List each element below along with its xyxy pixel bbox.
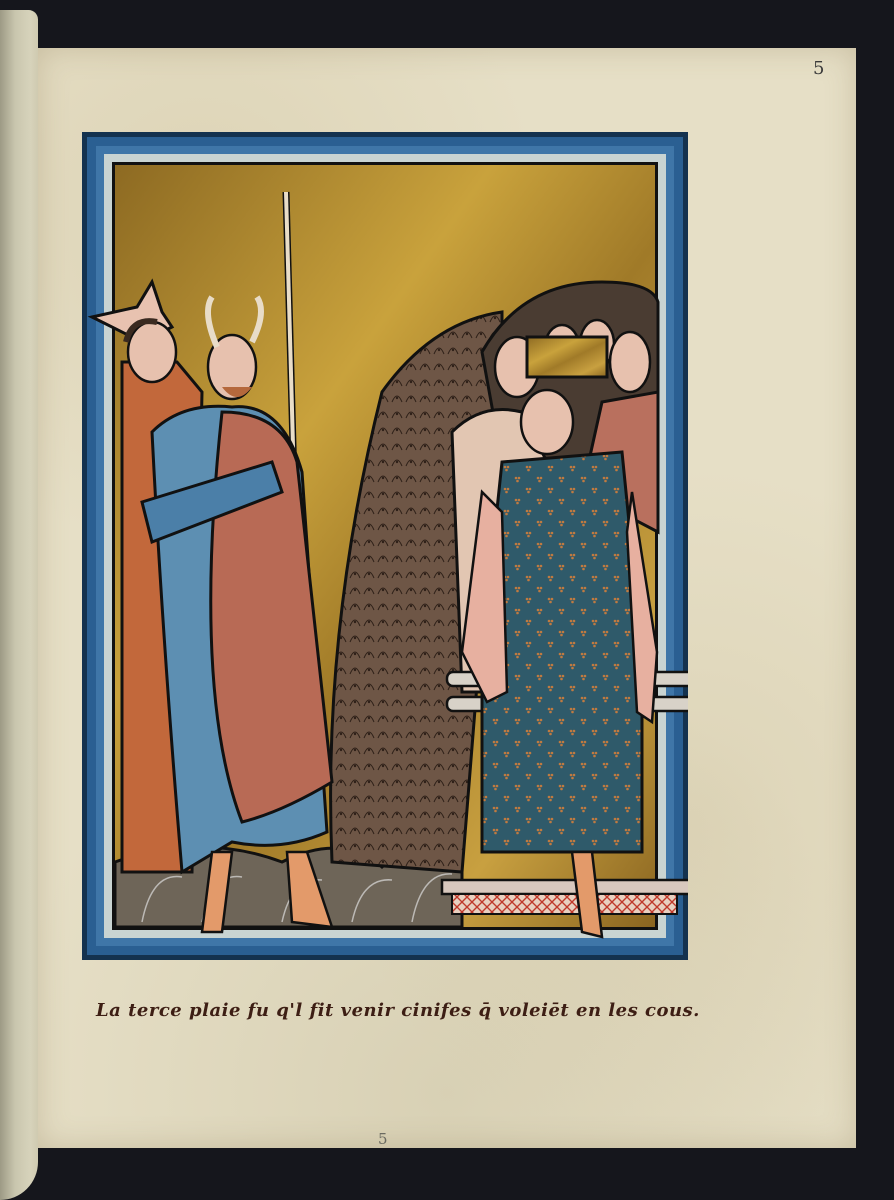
- miniature-illumination: [82, 132, 688, 960]
- manuscript-page: 5: [38, 48, 856, 1148]
- manuscript-caption: La terce plaie fu q'l fit venir cinifes …: [96, 1000, 700, 1021]
- folio-number-top: 5: [813, 58, 824, 79]
- folio-number-bottom: 5: [378, 1130, 388, 1148]
- left-page-edge: [0, 10, 38, 1200]
- pharaoh-crown: [527, 337, 607, 377]
